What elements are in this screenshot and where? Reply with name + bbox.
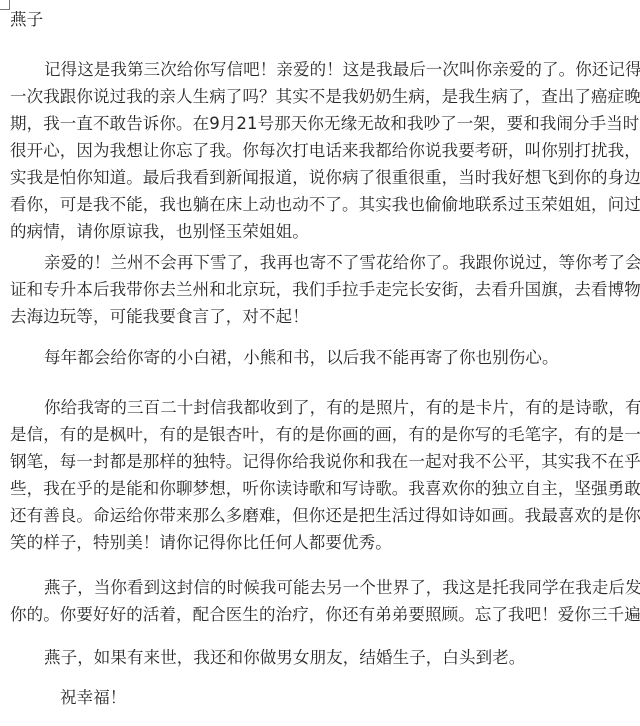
paragraph-4-line-3: 钢笔，每一封都是那样的独特。记得你给我说你和我在一起对我不公平，其实我不在乎 bbox=[10, 452, 640, 472]
paragraph-4-line-2: 是信，有的是枫叶，有的是银杏叶，有的是你画的画，有的是你写的毛笔字，有的是一支 bbox=[10, 425, 640, 445]
paragraph-4-line-1: 你给我寄的三百二十封信我都收到了，有的是照片，有的是卡片，有的是诗歌，有的 bbox=[44, 398, 640, 418]
paragraph-2-line-3: 去海边玩等，可能我要食言了，对不起！ bbox=[10, 307, 309, 327]
paragraph-1-line-4: 很开心，因为我想让你忘了我。你每次打电话来我都给你说我要考研，叫你别打扰我，其 bbox=[10, 141, 640, 161]
paragraph-6-line-1: 燕子，如果有来世，我还和你做男女朋友，结婚生子，白头到老。 bbox=[44, 648, 525, 668]
paragraph-1-line-7: 的病情，请你原谅我，也别怪玉荣姐姐。 bbox=[10, 222, 309, 242]
paragraph-1-line-6: 看你，可是我不能，我也躺在床上动也动不了。其实我也偷偷地联系过玉荣姐姐，问过你 bbox=[10, 195, 640, 215]
paragraph-4-line-4: 些，我在乎的是能和你聊梦想，听你读诗歌和写诗歌。我喜欢你的独立自主，坚强勇敢， bbox=[10, 479, 640, 499]
paragraph-1-line-3: 期，我一直不敢告诉你。在9月21号那天你无缘无故和我吵了一架，要和我闹分手当时我 bbox=[10, 114, 640, 134]
salutation: 燕子 bbox=[10, 10, 43, 30]
paragraph-1-line-5: 实我是怕你知道。最后我看到新闻报道，说你病了很重很重，当时我好想飞到你的身边来 bbox=[10, 168, 640, 188]
margin-corner-mark bbox=[0, 0, 10, 10]
paragraph-4-line-5: 还有善良。命运给你带来那么多磨难，但你还是把生活过得如诗如画。我最喜欢的是你微 bbox=[10, 506, 640, 526]
paragraph-2-line-2: 证和专升本后我带你去兰州和北京玩，我们手拉手走完长安街，去看升国旗，去看博物馆 bbox=[10, 280, 640, 300]
closing: 祝幸福！ bbox=[60, 688, 126, 708]
paragraph-3-line-1: 每年都会给你寄的小白裙，小熊和书，以后我不能再寄了你也别伤心。 bbox=[44, 348, 559, 368]
paragraph-1-line-2: 一次我跟你说过我的亲人生病了吗？其实不是我奶奶生病，是我生病了，查出了癌症晚 bbox=[10, 87, 640, 107]
paragraph-4-line-6: 笑的样子，特别美！请你记得你比任何人都要优秀。 bbox=[10, 533, 392, 553]
paragraph-1-line-1: 记得这是我第三次给你写信吧！亲爱的！这是我最后一次叫你亲爱的了。你还记得有 bbox=[44, 60, 640, 80]
paragraph-5-line-2: 你的。你要好好的活着，配合医生的治疗，你还有弟弟要照顾。忘了我吧！爱你三千遍！ bbox=[10, 605, 640, 625]
paragraph-5-line-1: 燕子，当你看到这封信的时候我可能去另一个世界了，我这是托我同学在我走后发给 bbox=[44, 578, 640, 598]
paragraph-2-line-1: 亲爱的！兰州不会再下雪了，我再也寄不了雪花给你了。我跟你说过，等你考了会计 bbox=[44, 253, 640, 273]
